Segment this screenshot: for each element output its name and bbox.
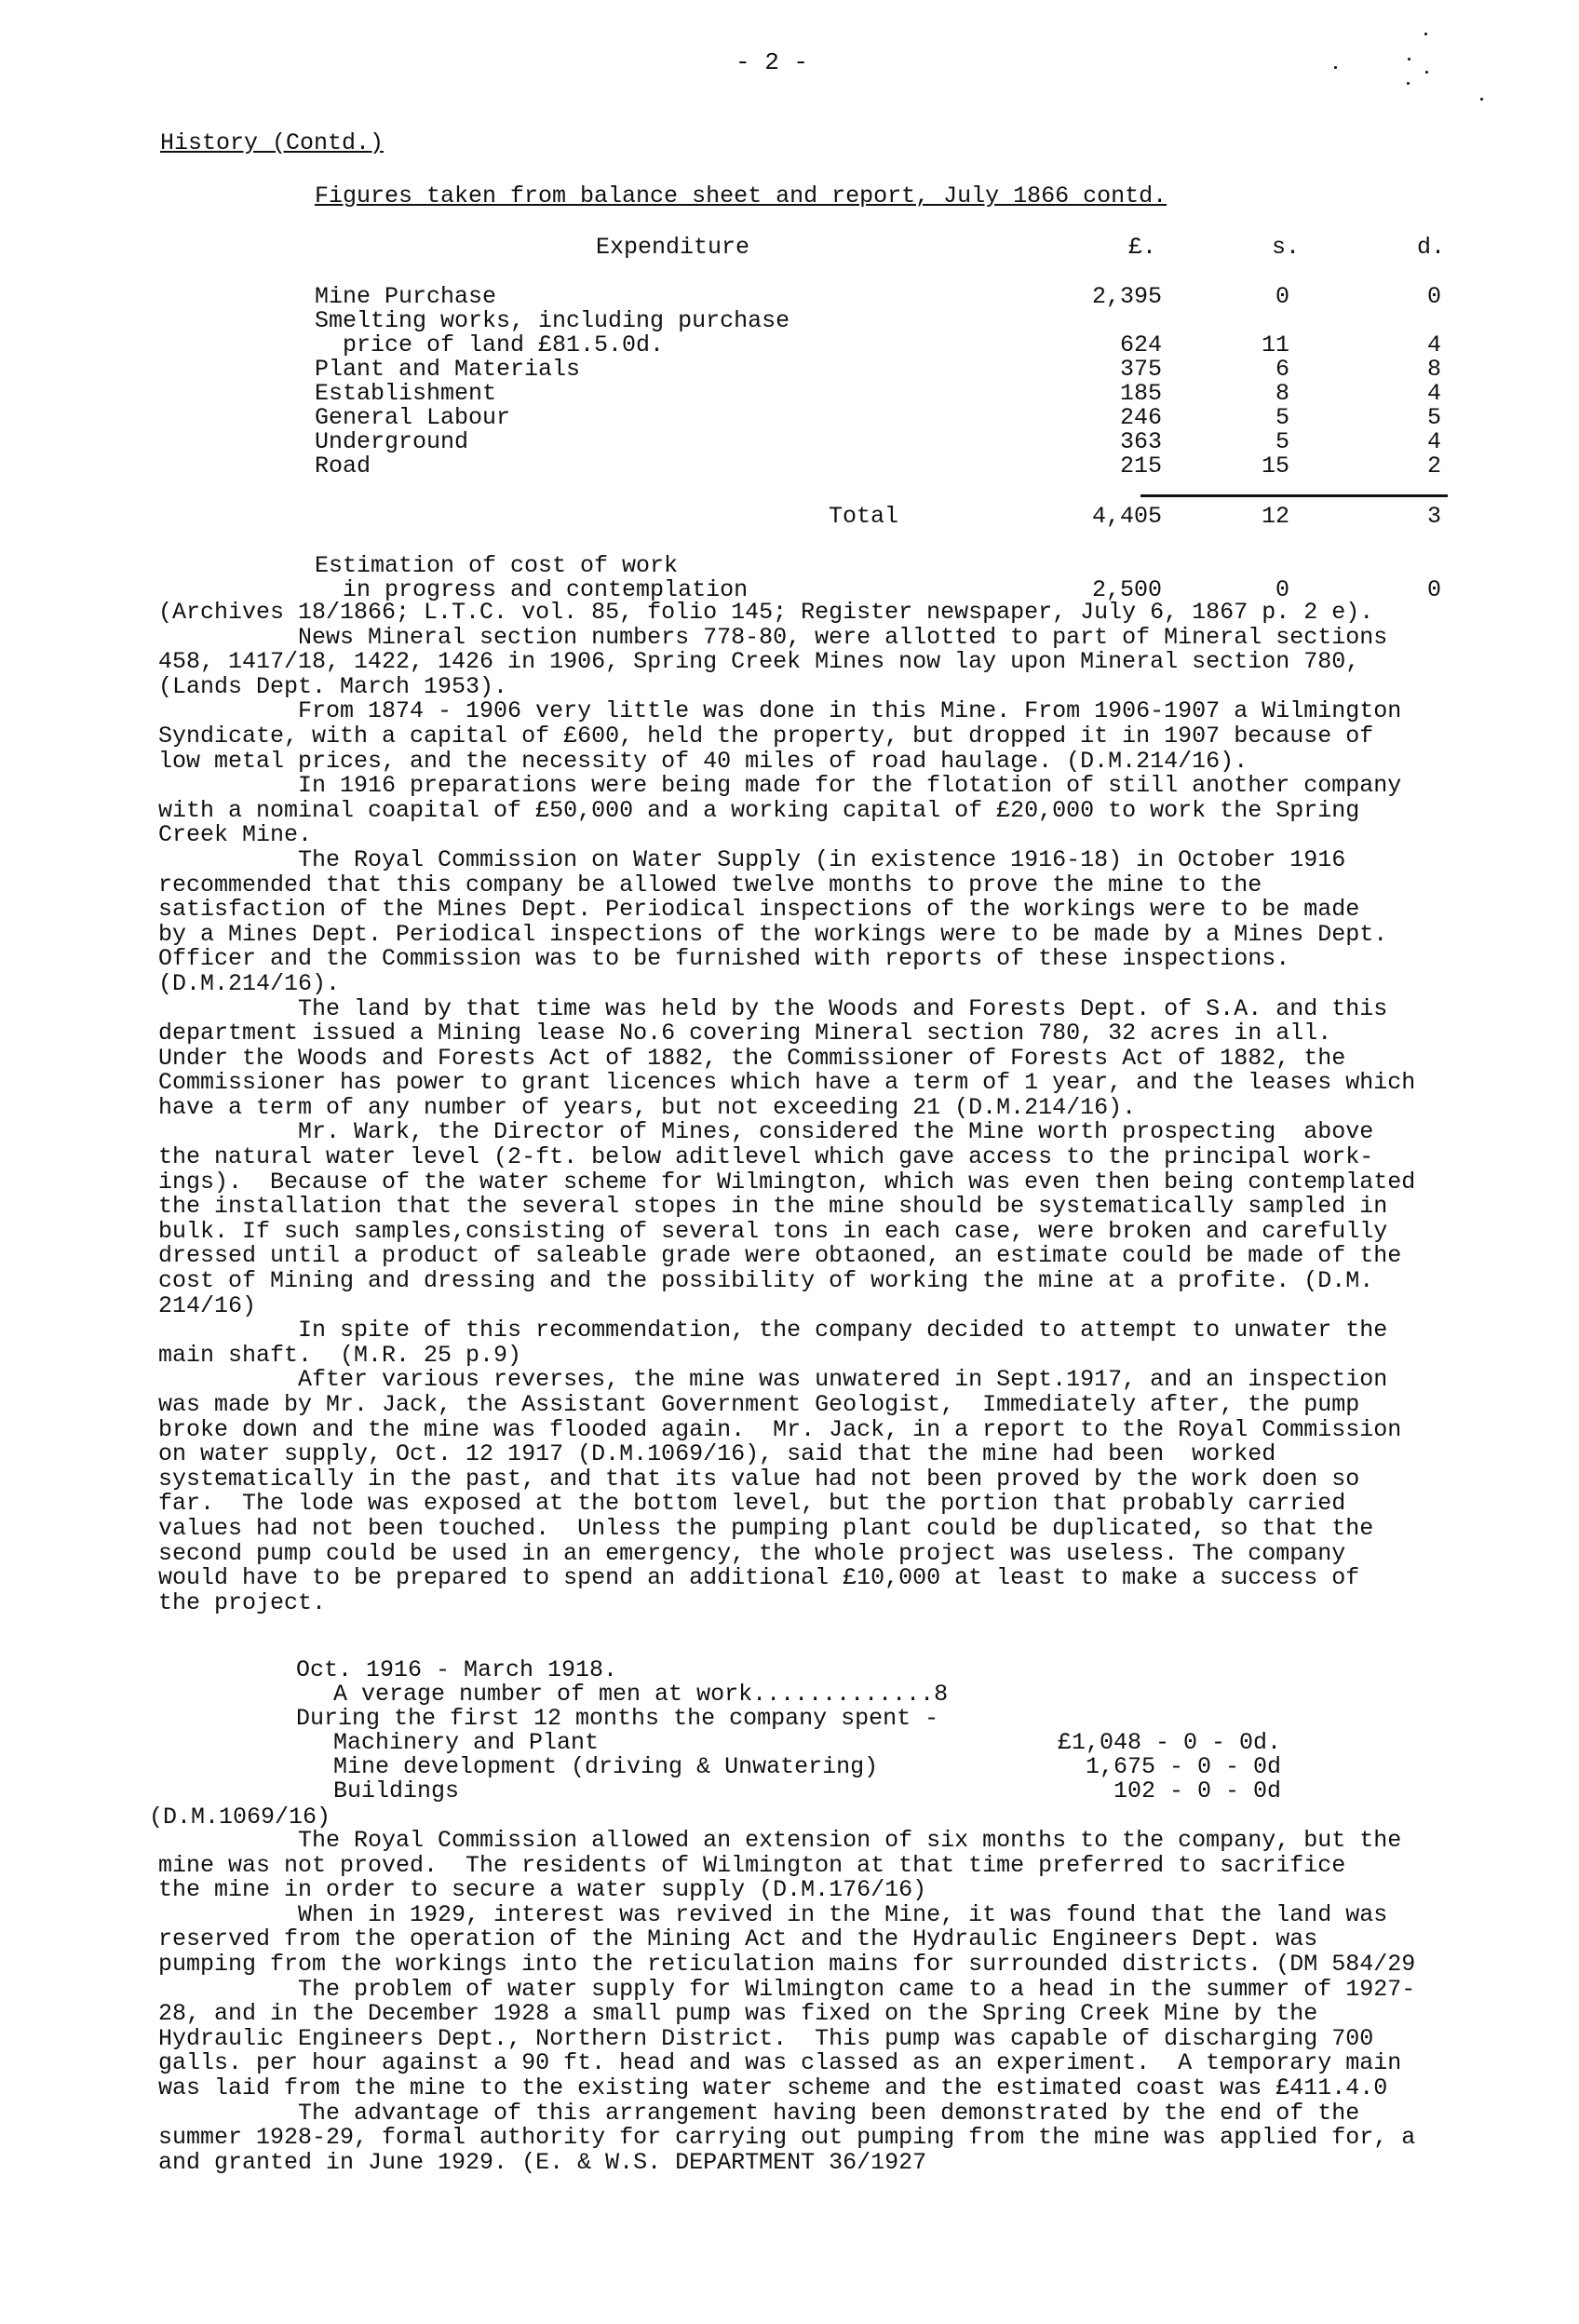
expenditure-pence: 4 [1427,382,1441,406]
expenditure-total-row: Total 4,405 12 3 [315,505,1460,529]
total-label: Total [829,505,898,529]
total-pence: 3 [1427,505,1441,529]
spent-item-amount: 1,675 - 0 - 0d [1086,1754,1281,1779]
estimation-label-1: Estimation of cost of work [315,554,678,578]
spent-item-amount: 102 - 0 - 0d [1113,1778,1281,1804]
scan-speck [1480,98,1483,101]
expenditure-shillings: 8 [1275,382,1289,406]
expenditure-row: Smelting works, including purchase [315,309,1460,333]
expenditure-pounds: 624 [1120,333,1162,358]
estimation-pence: 0 [1427,578,1441,602]
expenditure-row: General Labour24655 [315,406,1460,430]
spent-item-amount: £1,048 - 0 - 0d. [1058,1730,1281,1755]
expenditure-rows: Mine Purchase2,39500Smelting works, incl… [315,285,1460,479]
section-subheading: Figures taken from balance sheet and rep… [315,183,1167,209]
expenditure-pounds: 246 [1120,406,1162,430]
expenditure-row: Underground36354 [315,430,1460,454]
closing-body-text: The Royal Commission allowed an extensio… [158,1829,1480,2175]
total-pounds: 4,405 [1092,505,1162,529]
expenditure-pence: 5 [1427,406,1441,430]
expenditure-pence: 4 [1427,430,1441,454]
expenditure-shillings: 11 [1262,333,1289,358]
shillings-header: s. [1272,236,1300,260]
expenditure-pence: 2 [1427,454,1441,479]
expenditure-shillings: 6 [1275,358,1289,382]
total-underline [1140,494,1448,497]
expenditure-pence: 4 [1427,333,1441,358]
section-heading: History (Contd.) [160,130,384,155]
expenditure-header-label: Expenditure [596,236,749,260]
expenditure-pounds: 363 [1120,430,1162,454]
expenditure-shillings: 5 [1275,406,1289,430]
total-shillings: 12 [1262,505,1289,529]
pounds-header: £. [1128,236,1156,260]
expenditure-shillings: 5 [1275,430,1289,454]
expenditure-label: Smelting works, including purchase [315,309,789,333]
expenditure-label: Mine Purchase [315,285,496,309]
spent-item-label: Machinery and Plant [333,1730,599,1755]
expenditure-label: Road [315,454,371,479]
expenditure-row: price of land £81.5.0d.624114 [315,333,1460,358]
expenditure-pounds: 2,395 [1092,285,1162,309]
scan-speck [1408,58,1410,61]
expenditure-row: Establishment18584 [315,382,1460,406]
expenditure-label: General Labour [315,406,510,430]
expenditure-pence: 8 [1427,358,1441,382]
expenditure-pounds: 215 [1120,454,1162,479]
expenditure-pounds: 185 [1120,382,1162,406]
expenditure-pence: 0 [1427,285,1441,309]
scan-speck [1407,82,1410,85]
expenditure-row: Plant and Materials37568 [315,358,1460,382]
average-men-line: A verage number of men at work..........… [333,1682,948,1707]
history-body-text: (Archives 18/1866; L.T.C. vol. 85, folio… [158,601,1480,1615]
expenditure-row: Road215152 [315,454,1460,479]
estimation-row-1: Estimation of cost of work [315,554,1460,578]
scan-speck [1425,71,1428,74]
expenditure-header-row: Expenditure £. s. d. [315,236,1460,260]
expenditure-table: Expenditure £. s. d. Mine Purchase2,3950… [315,236,1460,602]
spent-item-label: Buildings [333,1778,459,1804]
scan-speck [1424,33,1427,35]
pence-header: d. [1417,236,1445,260]
period-reference: (D.M.1069/16) [149,1804,331,1830]
expenditure-label: Underground [315,430,468,454]
page-number: - 2 - [736,50,808,75]
expenditure-label: price of land £81.5.0d. [315,333,664,358]
expenditure-pounds: 375 [1120,358,1162,382]
expenditure-label: Plant and Materials [315,358,580,382]
expenditure-shillings: 15 [1262,454,1289,479]
scan-speck [1334,66,1337,69]
expenditure-label: Establishment [315,382,496,406]
expenditure-row: Mine Purchase2,39500 [315,285,1460,309]
period-label: Oct. 1916 - March 1918. [296,1657,617,1682]
spent-item-label: Mine development (driving & Unwatering) [333,1754,878,1779]
spent-intro: During the first 12 months the company s… [296,1706,938,1731]
expenditure-shillings: 0 [1275,285,1289,309]
